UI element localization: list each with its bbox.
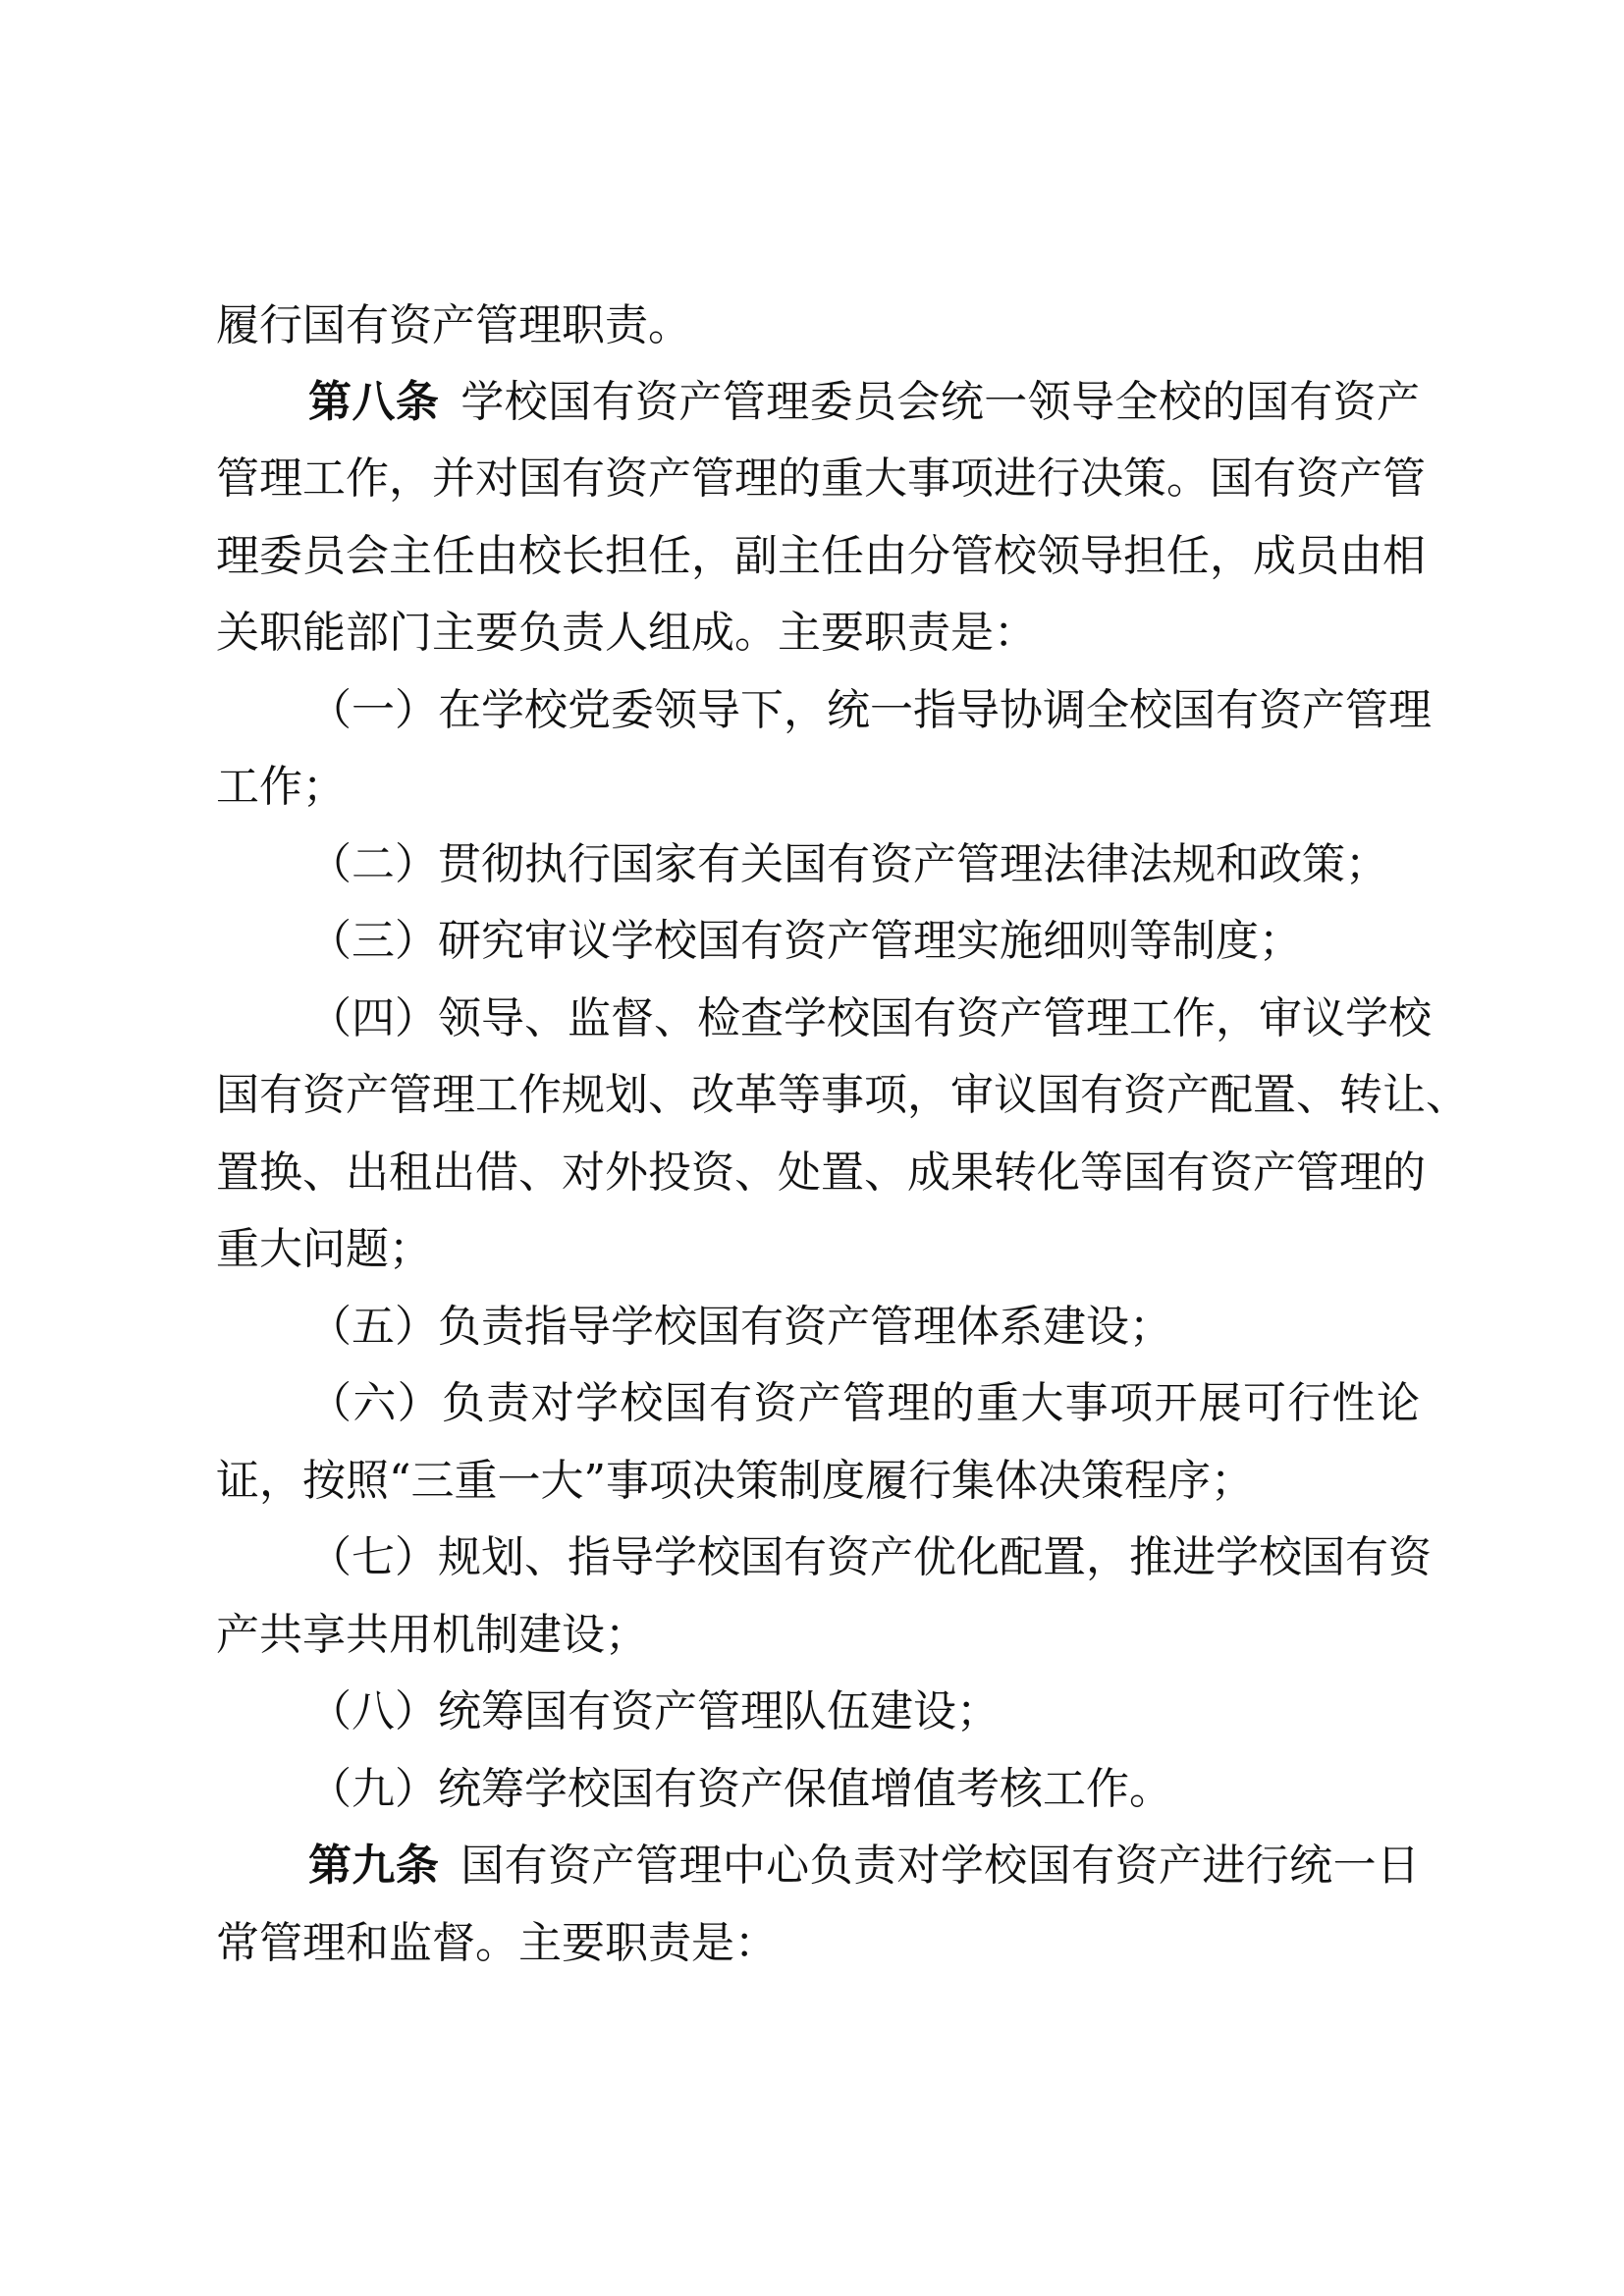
article-text: 国有资产管理中心负责对学校国有资产进行统一日 bbox=[460, 1841, 1420, 1891]
text-line: 常管理和监督。主要职责是： bbox=[216, 1914, 1420, 1973]
list-item-8: （八）统筹国有资产管理队伍建设； bbox=[308, 1682, 1420, 1741]
list-item-6: （六）负责对学校国有资产管理的重大事项开展可行性论 bbox=[308, 1374, 1420, 1433]
text-line: 关职能部门主要负责人组成。主要职责是： bbox=[216, 604, 1420, 663]
text-line: 管理工作，并对国有资产管理的重大事项进行决策。国有资产管 bbox=[216, 450, 1420, 508]
list-item-2: （二）贯彻执行国家有关国有资产管理法律法规和政策； bbox=[308, 835, 1420, 894]
text-line: 理委员会主任由校长担任，副主任由分管校领导担任，成员由相 bbox=[216, 527, 1420, 586]
list-item-5: （五）负责指导学校国有资产管理体系建设； bbox=[308, 1298, 1420, 1357]
text-line: 证，按照“三重一大”事项决策制度履行集体决策程序； bbox=[216, 1452, 1420, 1511]
text-line: 重大问题； bbox=[216, 1220, 1420, 1279]
list-item-7: （七）规划、指导学校国有资产优化配置，推进学校国有资 bbox=[308, 1528, 1420, 1587]
text-line: 产共享共用机制建设； bbox=[216, 1606, 1420, 1665]
list-item-4: （四）领导、监督、检查学校国有资产管理工作，审议学校 bbox=[308, 989, 1420, 1048]
article-text: 学校国有资产管理委员会统一领导全校的国有资产 bbox=[460, 377, 1420, 427]
text-line: 国有资产管理工作规划、改革等事项，审议国有资产配置、转让、 bbox=[216, 1066, 1420, 1125]
text-line: 置换、出租出借、对外投资、处置、成果转化等国有资产管理的 bbox=[216, 1144, 1420, 1202]
article-heading: 第九条 bbox=[308, 1841, 439, 1891]
text-line: 工作； bbox=[216, 758, 1420, 817]
article-heading: 第八条 bbox=[308, 377, 439, 427]
article-9-first-line: 第九条国有资产管理中心负责对学校国有资产进行统一日 bbox=[308, 1837, 1420, 1896]
list-item-3: （三）研究审议学校国有资产管理实施细则等制度； bbox=[308, 912, 1420, 971]
article-8-first-line: 第八条学校国有资产管理委员会统一领导全校的国有资产 bbox=[308, 373, 1420, 432]
document-page: 履行国有资产管理职责。 第八条学校国有资产管理委员会统一领导全校的国有资产 管理… bbox=[0, 0, 1624, 2296]
list-item-1: （一）在学校党委领导下，统一指导协调全校国有资产管理 bbox=[308, 681, 1420, 740]
text-line: 履行国有资产管理职责。 bbox=[216, 296, 1420, 355]
list-item-9: （九）统筹学校国有资产保值增值考核工作。 bbox=[308, 1760, 1420, 1819]
